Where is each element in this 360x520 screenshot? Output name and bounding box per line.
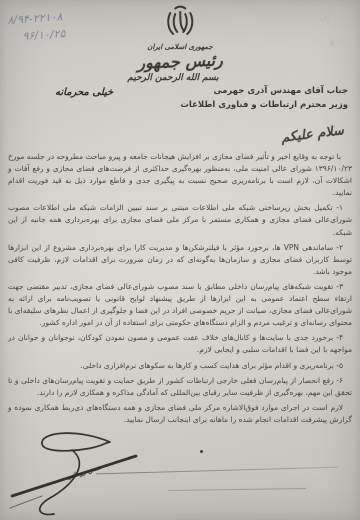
recipient-title: وزیر محترم ارتباطات و فناوری اطلاعات <box>180 98 348 112</box>
item-1: ۱- تکمیل بخش زیرساختی شبکه ملی اطلاعات م… <box>8 202 352 238</box>
handwritten-refs: ۸/۹۴-۲۲۱۰۸ ۹۶/۱۰/۲۵ <box>7 8 66 46</box>
pencil-smudge: ٫ · <box>330 35 341 47</box>
pencil-smudge: ·٬· <box>319 15 331 28</box>
recipient-name: جناب آقای مهندس آذری جهرمی <box>180 84 348 98</box>
scan-line <box>168 488 306 491</box>
item-4: ۴- برخورد جدی با سایت‌ها و کانال‌های خلا… <box>8 332 352 356</box>
bismillah: بسم الله الرحمن الرحیم <box>0 73 346 83</box>
item-5: ۵- برنامه‌ریزی و اقدام مؤثر برای هدایت ک… <box>8 360 352 372</box>
letterhead-country: جمهوری اسلامی ایران <box>137 43 222 51</box>
item-2: ۲- ساماندهی VPN ها، برخورد مؤثر با فیلتر… <box>8 242 352 278</box>
ink-dot <box>200 450 203 453</box>
letterhead-office: رئیس جمهور <box>137 51 223 73</box>
iran-emblem-icon <box>163 5 197 37</box>
item-6: ۶- رفع انحصار از پیام‌رسان فعلی خارجی ار… <box>8 375 352 399</box>
item-3: ۳- تقویت شبکه‌های پیام‌رسان داخلی مطابق … <box>8 281 352 329</box>
letter-body: با توجه به وقایع اخیر و تأثیر فضای مجازی… <box>8 151 352 429</box>
classification-stamp: خیلی محرمانه <box>55 87 113 98</box>
scanned-letter: ۸/۹۴-۲۲۱۰۸ ۹۶/۱۰/۲۵ ·٬· ٫ · جمهوری اسلام… <box>0 0 360 520</box>
letterhead: جمهوری اسلامی ایران رئیس جمهور <box>137 5 222 71</box>
letter-date: ۹۶/۱۰/۲۵ <box>22 25 66 45</box>
intro-paragraph: با توجه به وقایع اخیر و تأثیر فضای مجازی… <box>8 151 352 199</box>
salutation: سلام علیکم <box>280 123 344 146</box>
recipient-block: جناب آقای مهندس آذری جهرمی وزیر محترم ار… <box>180 84 348 112</box>
closing-paragraph: لازم است در اجرای موارد فوق‌الاشاره مرکز… <box>8 402 352 426</box>
